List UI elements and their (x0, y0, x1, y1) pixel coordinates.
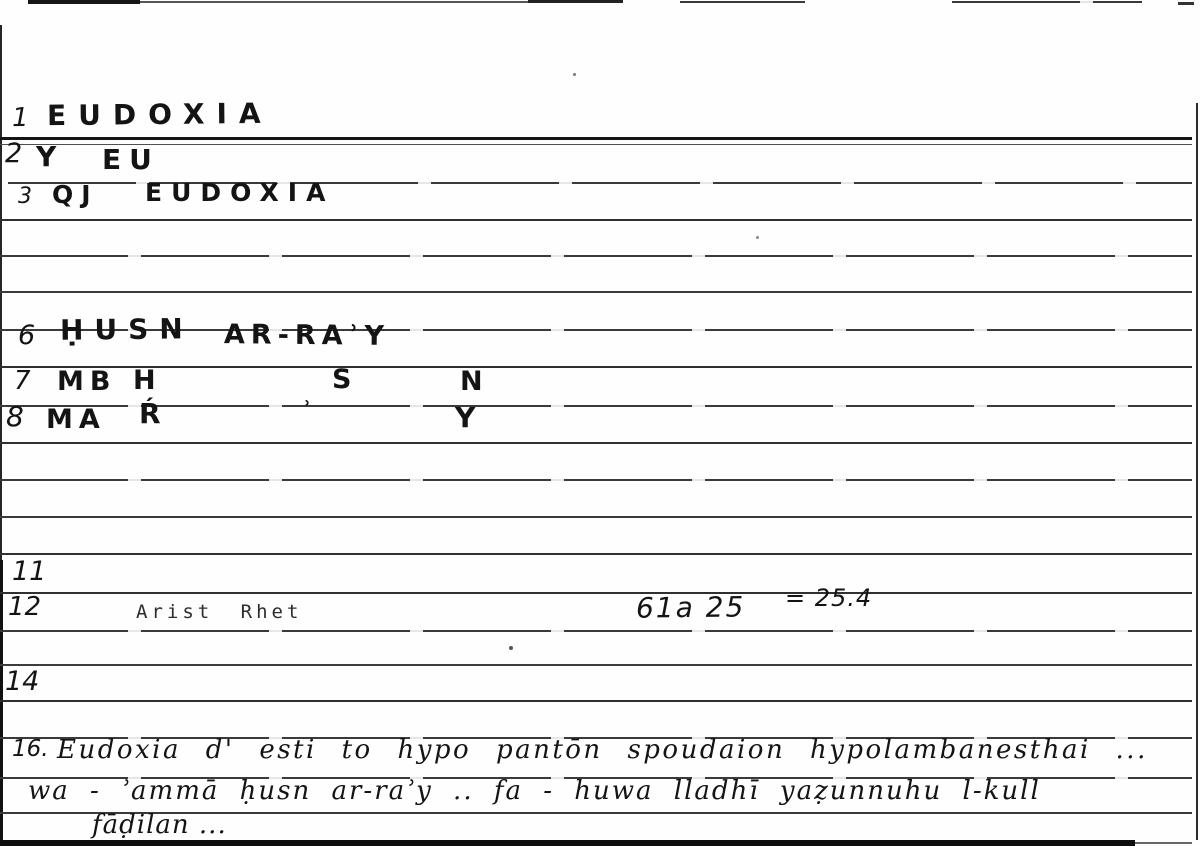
ruled-line (0, 219, 1192, 221)
ruled-line (0, 366, 1192, 368)
ruled-line (0, 516, 1192, 518)
entry-text: Ŕ (139, 400, 161, 428)
card-top-edge (140, 1, 530, 3)
ruled-line (0, 442, 1192, 444)
ruled-line-header-thick (0, 137, 1192, 140)
ruled-line (0, 592, 1192, 594)
card-top-edge (528, 0, 623, 3)
card-top-edge (1178, 2, 1194, 5)
ruled-line (0, 291, 1192, 293)
entry-text: H (133, 367, 156, 394)
line-number: 2 (5, 140, 22, 167)
entry-text: QJ (52, 182, 99, 207)
quotation-arabic: wa - ʾammā ḥusn ar-raʾy .. fa - huwa lla… (28, 778, 1041, 804)
entry-text: EUDOXIA (145, 180, 334, 205)
line-number: 16. (12, 738, 49, 761)
entry-text: MB (57, 368, 116, 395)
line-number: 8 (6, 403, 24, 431)
entry-headword: EUDOXIA (47, 100, 273, 130)
entry-text: Y (36, 143, 56, 171)
citation-text: Arist Rhet (136, 603, 302, 622)
quotation-greek: Eudoxia d' esti to hypo pantōn spoudaion… (57, 737, 1148, 763)
index-card-scan: 1 EUDOXIA 2 Y EU 3 QJ EUDOXIA 6 ḤUSN AR-… (0, 0, 1200, 846)
line-number: 6 (18, 322, 35, 349)
card-left-edge (0, 560, 3, 846)
card-top-edge (952, 1, 1142, 3)
entry-text: Y (455, 404, 475, 432)
line-number: 12 (8, 594, 41, 620)
reference-number: 61a 25 (636, 593, 746, 622)
ruled-line-header-thin (0, 144, 1192, 145)
ruled-line (0, 553, 1192, 555)
ruled-line (0, 630, 1192, 632)
entry-text: AR-RAʾY (224, 321, 390, 350)
line-number: 1 (12, 105, 29, 131)
line-number: 11 (12, 558, 46, 585)
card-bottom-edge (0, 840, 1135, 846)
ruled-line (0, 664, 1192, 666)
card-top-edge (680, 1, 805, 3)
scan-speck (573, 73, 576, 76)
line-number: 7 (14, 368, 31, 394)
quotation-arabic-cont: fāḍilan ... (92, 812, 227, 838)
reference-equivalent: = 25.4 (785, 586, 872, 610)
entry-text: N (460, 368, 483, 395)
entry-text: ḤUSN (60, 315, 194, 344)
entry-text: MA (46, 406, 106, 433)
ruled-line (0, 405, 1192, 407)
ruled-line (0, 479, 1192, 481)
scan-speck (756, 236, 759, 239)
line-number: 3 (18, 186, 32, 208)
line-number: 14 (5, 668, 39, 695)
ruled-line (0, 255, 1192, 257)
entry-text: ʾ (303, 400, 311, 422)
card-bottom-edge (1135, 842, 1192, 844)
scan-speck (509, 646, 513, 650)
card-top-edge (28, 0, 140, 4)
card-right-edge (1196, 103, 1198, 840)
entry-text: S (332, 366, 351, 393)
entry-text: EU (102, 146, 160, 174)
ruled-line (0, 700, 1192, 702)
